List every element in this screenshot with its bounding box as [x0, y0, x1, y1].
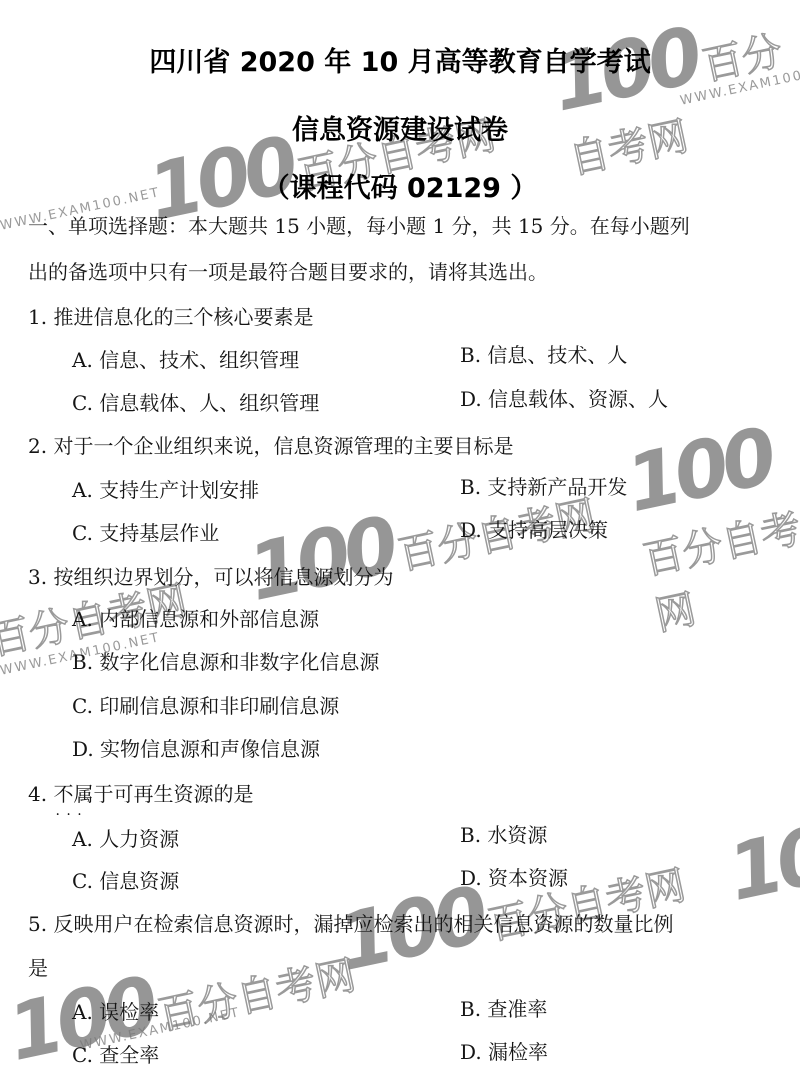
question-5-option-d: D. 漏检率	[460, 1039, 548, 1065]
question-4-option-a: A. 人力资源	[72, 826, 179, 852]
section-intro-line-1: 一、单项选择题：本大题共 15 小题，每小题 1 分，共 15 分。在每小题列	[28, 213, 690, 239]
question-2-option-b: B. 支持新产品开发	[460, 474, 627, 500]
question-1-stem: 1. 推进信息化的三个核心要素是	[28, 304, 313, 330]
exam-subject: 信息资源建设试卷	[0, 108, 800, 147]
course-code: （课程代码 02129 ）	[0, 166, 800, 205]
question-2-option-c: C. 支持基层作业	[72, 520, 219, 546]
question-1-option-b: B. 信息、技术、人	[460, 342, 627, 368]
watermark-brand: 百分自考网	[639, 506, 800, 640]
question-4-stem: 4. 不属于可再生资源的是	[28, 781, 253, 807]
question-4-option-d: D. 资本资源	[460, 865, 568, 891]
question-1-option-a: A. 信息、技术、组织管理	[72, 347, 299, 373]
watermark: 100 百分自考网	[331, 828, 692, 989]
question-4-emphasis: 不属于	[53, 782, 113, 806]
exam-page: 100 百分自考网 WWW.EXAM100.NET 100 百分自考网 WWW.…	[0, 0, 800, 1090]
watermark: 100 百分自考网	[619, 409, 800, 642]
section-intro-line-2: 出的备选项中只有一项是最符合题目要求的，请将其选出。	[28, 259, 548, 285]
question-2-option-d: D. 支持高层决策	[460, 517, 608, 543]
question-5-option-b: B. 查准率	[460, 996, 547, 1022]
question-5-option-c: C. 查全率	[72, 1042, 159, 1068]
question-3-option-c: C. 印刷信息源和非印刷信息源	[72, 693, 339, 719]
question-5-stem-line-2: 是	[28, 955, 48, 981]
watermark-brand: 百分自考网	[155, 952, 360, 1039]
question-5-stem-line-1: 5. 反映用户在检索信息资源时，漏掉应检索出的相关信息资源的数量比例	[28, 911, 673, 937]
question-3-option-b: B. 数字化信息源和非数字化信息源	[72, 649, 379, 675]
watermark: 100 百分自考网	[1, 918, 362, 1079]
question-4-option-b: B. 水资源	[460, 822, 547, 848]
watermark: 100 百分自考网	[545, 0, 800, 185]
watermark: 100	[721, 801, 800, 919]
question-4-stem-rest: 可再生资源的是	[113, 782, 253, 806]
exam-title: 四川省 2020 年 10 月高等教育自学考试	[0, 40, 800, 79]
watermark-logo: 100	[619, 412, 779, 530]
question-1-option-d: D. 信息载体、资源、人	[460, 386, 668, 412]
question-4-option-c: C. 信息资源	[72, 868, 179, 894]
watermark-logo: 100	[241, 501, 401, 619]
question-2-option-a: A. 支持生产计划安排	[72, 477, 259, 503]
question-4-number: 4.	[28, 782, 53, 806]
question-3-option-a: A. 内部信息源和外部信息源	[72, 606, 319, 632]
question-2-stem: 2. 对于一个企业组织来说，信息资源管理的主要目标是	[28, 433, 513, 459]
question-3-stem: 3. 按组织边界划分，可以将信息源划分为	[28, 564, 393, 590]
question-1-option-c: C. 信息载体、人、组织管理	[72, 390, 319, 416]
watermark-logo: 100	[721, 801, 800, 919]
question-5-option-a: A. 误检率	[72, 999, 159, 1025]
question-3-option-d: D. 实物信息源和声像信息源	[72, 736, 320, 762]
